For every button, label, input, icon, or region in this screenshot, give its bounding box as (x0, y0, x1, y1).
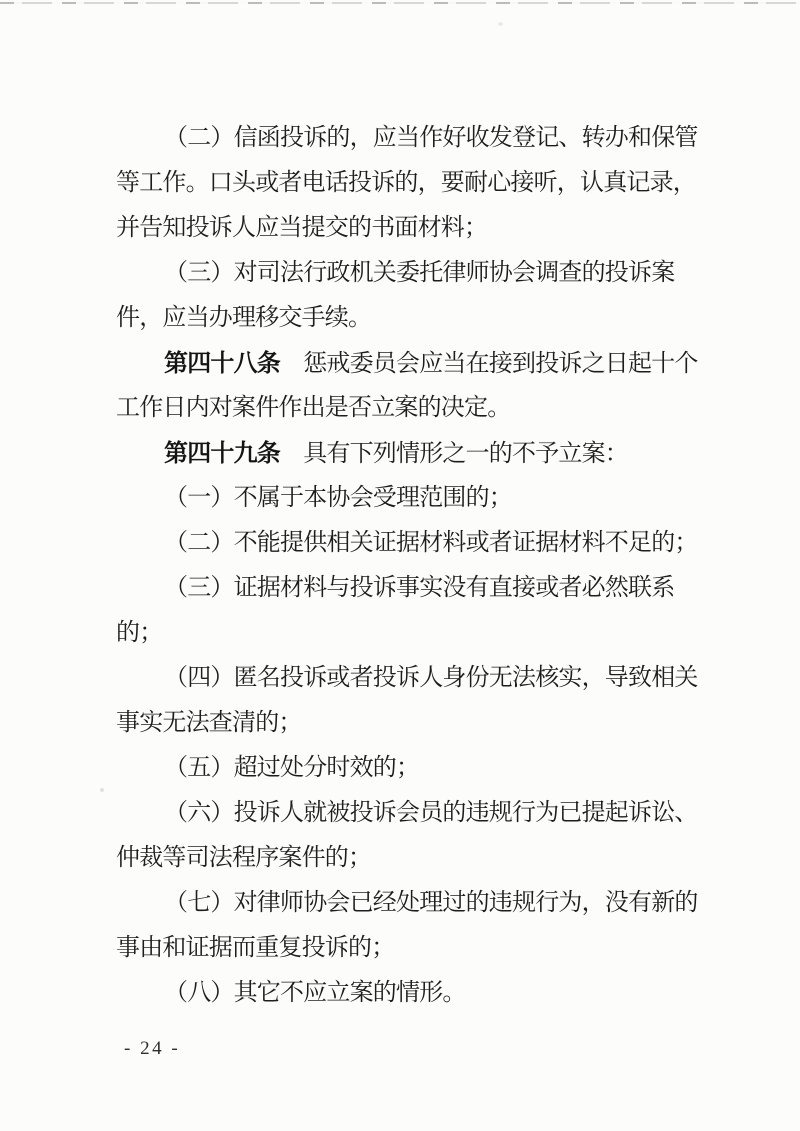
scan-speck (498, 22, 503, 26)
text-line: 仲裁等司法程序案件的； (116, 836, 688, 881)
page-number: - 24 - (124, 1038, 180, 1060)
text-line: 并告知投诉人应当提交的书面材料； (116, 206, 688, 251)
line-text: 惩戒委员会应当在接到投诉之日起十个 (280, 351, 698, 377)
line-text: 具有下列情形之一的不予立案： (280, 441, 628, 467)
document-page: （二）信函投诉的，应当作好收发登记、转办和保管等工作。口头或者电话投诉的，要耐心… (0, 0, 800, 1131)
line-text: 事实无法查清的； (116, 710, 302, 736)
line-text: 仲裁等司法程序案件的； (116, 845, 371, 871)
line-text: （七）对律师协会已经处理过的违规行为，没有新的 (164, 890, 698, 916)
text-line: （七）对律师协会已经处理过的违规行为，没有新的 (116, 881, 688, 926)
line-text: 等工作。口头或者电话投诉的，要耐心接听，认真记录， (116, 170, 696, 196)
document-body: （二）信函投诉的，应当作好收发登记、转办和保管等工作。口头或者电话投诉的，要耐心… (116, 116, 688, 1016)
text-line: （八）其它不应立案的情形。 (116, 971, 688, 1016)
line-text: 工作日内对案件作出是否立案的决定。 (116, 395, 510, 421)
scan-speck (100, 788, 104, 792)
line-text: （一）不属于本协会受理范围的； (164, 485, 512, 511)
text-line: 第四十八条 惩戒委员会应当在接到投诉之日起十个 (116, 341, 688, 386)
line-text: （八）其它不应立案的情形。 (164, 980, 466, 1006)
line-text: 件，应当办理移交手续。 (116, 305, 371, 331)
scan-edge-artifact (0, 2, 800, 4)
text-line: （二）不能提供相关证据材料或者证据材料不足的； (116, 521, 688, 566)
text-line: （二）信函投诉的，应当作好收发登记、转办和保管 (116, 116, 688, 161)
line-text: （二）信函投诉的，应当作好收发登记、转办和保管 (164, 125, 698, 151)
text-line: （三）对司法行政机关委托律师协会调查的投诉案 (116, 251, 688, 296)
text-line: 第四十九条 具有下列情形之一的不予立案： (116, 431, 688, 476)
line-text: 并告知投诉人应当提交的书面材料； (116, 215, 487, 241)
text-line: （六）投诉人就被投诉会员的违规行为已提起诉讼、 (116, 791, 688, 836)
text-line: 件，应当办理移交手续。 (116, 296, 688, 341)
article-number-heading: 第四十八条 (164, 350, 280, 377)
text-line: （五）超过处分时效的； (116, 746, 688, 791)
line-text: （五）超过处分时效的； (164, 755, 419, 781)
text-line: （一）不属于本协会受理范围的； (116, 476, 688, 521)
text-line: 事由和证据而重复投诉的； (116, 926, 688, 971)
line-text: 事由和证据而重复投诉的； (116, 935, 394, 961)
line-text: （二）不能提供相关证据材料或者证据材料不足的； (164, 530, 698, 556)
line-text: （三）对司法行政机关委托律师协会调查的投诉案 (164, 260, 674, 286)
line-text: （四）匿名投诉或者投诉人身份无法核实，导致相关 (164, 665, 698, 691)
text-line: （三）证据材料与投诉事实没有直接或者必然联系 (116, 566, 688, 611)
text-line: （四）匿名投诉或者投诉人身份无法核实，导致相关 (116, 656, 688, 701)
line-text: （六）投诉人就被投诉会员的违规行为已提起诉讼、 (164, 800, 698, 826)
text-line: 等工作。口头或者电话投诉的，要耐心接听，认真记录， (116, 161, 688, 206)
text-line: 工作日内对案件作出是否立案的决定。 (116, 386, 688, 431)
article-number-heading: 第四十九条 (164, 440, 280, 467)
line-text: 的； (116, 620, 162, 646)
text-line: 事实无法查清的； (116, 701, 688, 746)
line-text: （三）证据材料与投诉事实没有直接或者必然联系 (164, 575, 674, 601)
text-line: 的； (116, 611, 688, 656)
